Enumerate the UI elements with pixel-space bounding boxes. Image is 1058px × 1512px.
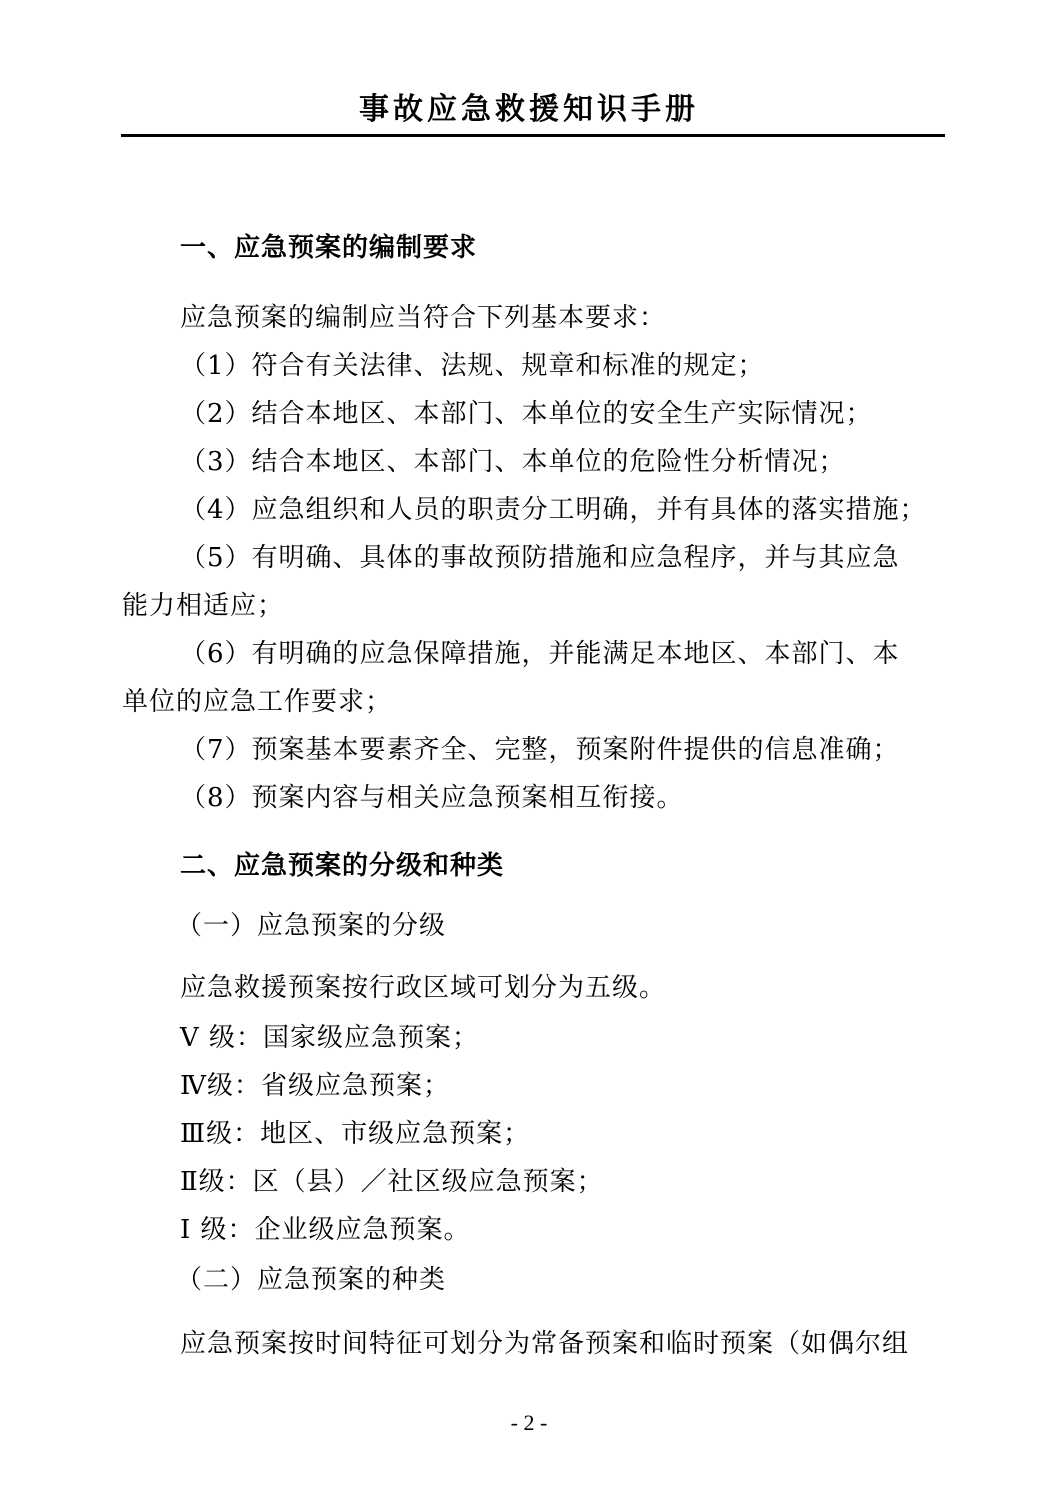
section-heading: 一、应急预案的编制要求	[180, 230, 477, 266]
level-item: I 级：企业级应急预案。	[180, 1212, 471, 1248]
paragraph: 应急预案的编制应当符合下列基本要求：	[180, 300, 666, 336]
list-item-continuation: 能力相适应；	[122, 588, 284, 624]
level-item: Ⅱ级：区（县）／社区级应急预案；	[180, 1164, 604, 1200]
list-item: （2）结合本地区、本部门、本单位的安全生产实际情况；	[180, 396, 873, 432]
document-page: 事故应急救援知识手册 一、应急预案的编制要求 应急预案的编制应当符合下列基本要求…	[0, 0, 1058, 1512]
header-divider	[121, 134, 945, 137]
level-item: V 级：国家级应急预案；	[180, 1020, 479, 1056]
subsection-heading: （一）应急预案的分级	[176, 908, 446, 944]
level-item: Ⅲ级：地区、市级应急预案；	[180, 1116, 530, 1152]
list-item: （1）符合有关法律、法规、规章和标准的规定；	[180, 348, 765, 384]
list-item: （3）结合本地区、本部门、本单位的危险性分析情况；	[180, 444, 846, 480]
list-item: （7）预案基本要素齐全、完整，预案附件提供的信息准确；	[180, 732, 900, 768]
section-heading: 二、应急预案的分级和种类	[180, 848, 504, 884]
list-item: （5）有明确、具体的事故预防措施和应急程序，并与其应急	[180, 540, 900, 576]
level-item: Ⅳ级：省级应急预案；	[180, 1068, 450, 1104]
list-item: （4）应急组织和人员的职责分工明确，并有具体的落实措施；	[180, 492, 927, 528]
subsection-heading: （二）应急预案的种类	[176, 1262, 446, 1298]
list-item-continuation: 单位的应急工作要求；	[122, 684, 392, 720]
document-header-title: 事故应急救援知识手册	[0, 88, 1058, 132]
page-number: - 2 -	[0, 1408, 1058, 1438]
list-item: （8）预案内容与相关应急预案相互衔接。	[180, 780, 684, 816]
paragraph: 应急救援预案按行政区域可划分为五级。	[180, 970, 666, 1006]
paragraph: 应急预案按时间特征可划分为常备预案和临时预案（如偶尔组	[180, 1326, 909, 1362]
list-item: （6）有明确的应急保障措施，并能满足本地区、本部门、本	[180, 636, 900, 672]
